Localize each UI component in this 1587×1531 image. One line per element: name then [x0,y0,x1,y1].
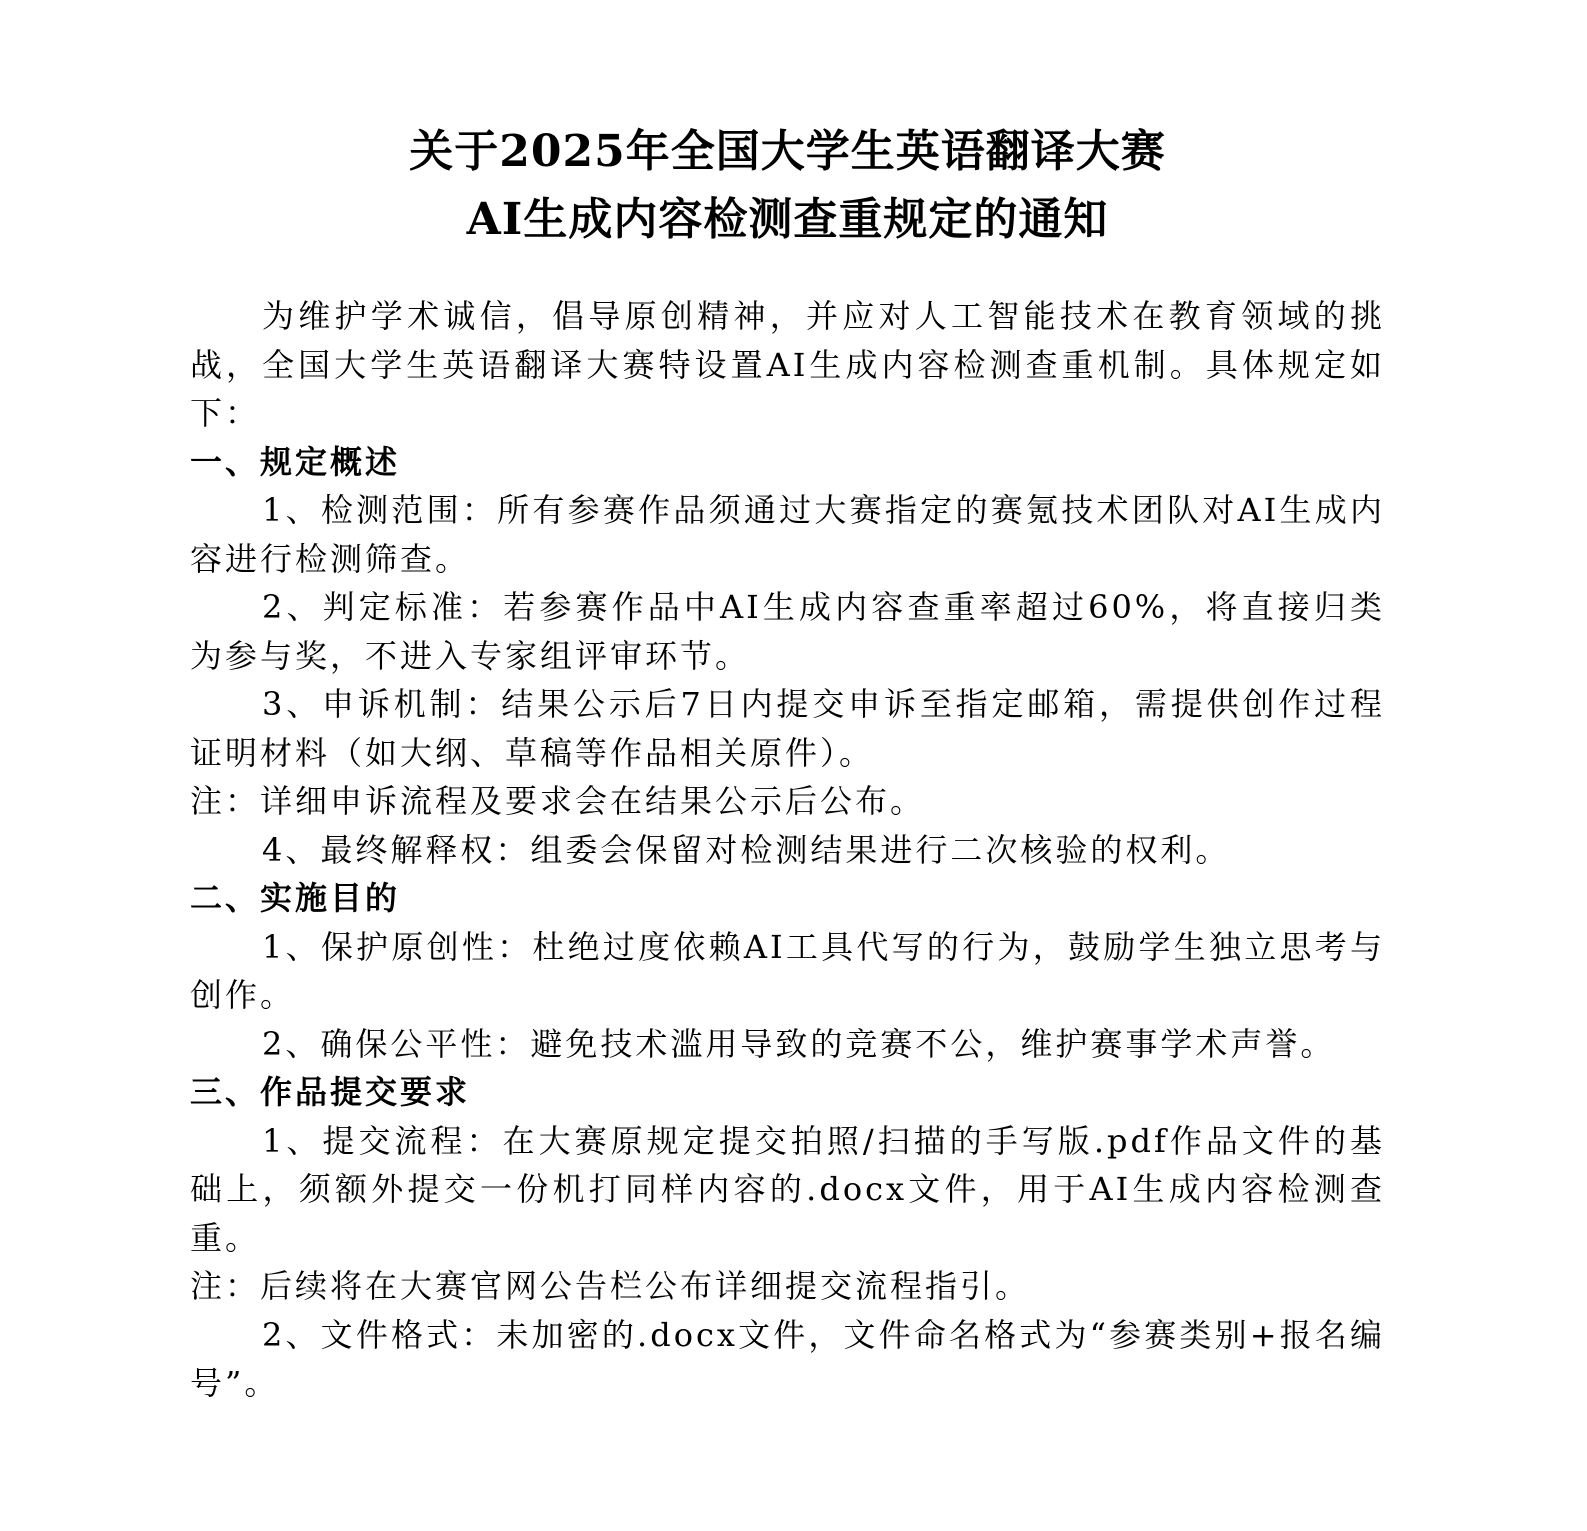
title-line-2: AI生成内容检测查重规定的通知 [190,186,1385,254]
note-text: 注：后续将在大赛官网公告栏公布详细提交流程指引。 [190,1262,1385,1311]
note-text: 注：详细申诉流程及要求会在结果公示后公布。 [190,777,1385,826]
intro-paragraph: 为维护学术诚信，倡导原创精神，并应对人工智能技术在教育领域的挑战，全国大学生英语… [190,292,1385,438]
list-item: 3、申诉机制：结果公示后7日内提交申诉至指定邮箱，需提供创作过程证明材料（如大纲… [190,680,1385,777]
list-item: 1、检测范围：所有参赛作品须通过大赛指定的赛氪技术团队对AI生成内容进行检测筛查… [190,486,1385,583]
title-line-1: 关于2025年全国大学生英语翻译大赛 [190,118,1385,186]
list-item: 2、确保公平性：避免技术滥用导致的竞赛不公，维护赛事学术声誉。 [190,1020,1385,1069]
section-heading: 二、实施目的 [190,874,1385,923]
section-heading: 三、作品提交要求 [190,1068,1385,1117]
section-overview: 一、规定概述 1、检测范围：所有参赛作品须通过大赛指定的赛氪技术团队对AI生成内… [190,438,1385,875]
document-page: 关于2025年全国大学生英语翻译大赛 AI生成内容检测查重规定的通知 为维护学术… [190,118,1385,1408]
list-item: 1、提交流程：在大赛原规定提交拍照/扫描的手写版.pdf作品文件的基础上，须额外… [190,1117,1385,1263]
document-body: 为维护学术诚信，倡导原创精神，并应对人工智能技术在教育领域的挑战，全国大学生英语… [190,292,1385,1408]
list-item: 1、保护原创性：杜绝过度依赖AI工具代写的行为，鼓励学生独立思考与创作。 [190,923,1385,1020]
document-title: 关于2025年全国大学生英语翻译大赛 AI生成内容检测查重规定的通知 [190,118,1385,254]
list-item: 4、最终解释权：组委会保留对检测结果进行二次核验的权利。 [190,826,1385,875]
section-heading: 一、规定概述 [190,438,1385,487]
section-submission: 三、作品提交要求 1、提交流程：在大赛原规定提交拍照/扫描的手写版.pdf作品文… [190,1068,1385,1408]
section-purpose: 二、实施目的 1、保护原创性：杜绝过度依赖AI工具代写的行为，鼓励学生独立思考与… [190,874,1385,1068]
list-item: 2、判定标准：若参赛作品中AI生成内容查重率超过60%，将直接归类为参与奖，不进… [190,583,1385,680]
list-item: 2、文件格式：未加密的.docx文件，文件命名格式为“参赛类别+报名编号”。 [190,1311,1385,1408]
